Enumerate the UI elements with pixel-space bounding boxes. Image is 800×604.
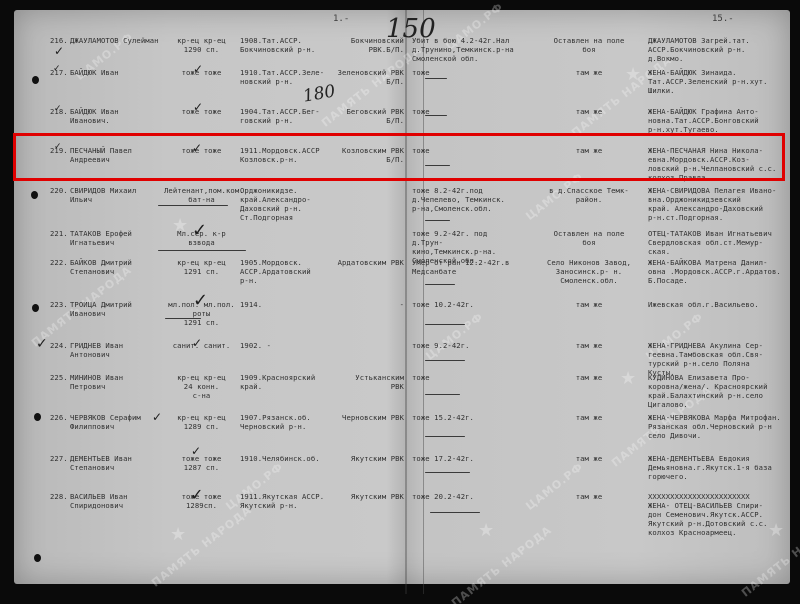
record-kin: ОТЕЦ-ТАТАКОВ Иван Игнатьевич Свердловска… xyxy=(648,229,783,256)
record-birth: 1909.Красноярский край. xyxy=(240,373,330,391)
star-icon: ★ xyxy=(478,520,494,541)
checkmark-icon: ✓ xyxy=(193,290,208,311)
record-kin: КУДИНОВА Елизавета Про- коровна/жена/. К… xyxy=(648,373,783,409)
record-rank: тоже тоже 1287 сп. xyxy=(164,454,239,472)
record-burial: там же xyxy=(544,454,634,463)
record-kin: ЖЕНА-БАЙКОВА Матрена Данил- овна .Мордов… xyxy=(648,258,783,285)
checkmark-icon: ✓ xyxy=(193,100,203,114)
record-rvk: Якутским РВК xyxy=(324,492,404,501)
record-name: СВИРИДОВ Михаил Ильич xyxy=(70,186,170,204)
record-death: тоже 10.2-42г. xyxy=(412,300,522,309)
page-number-left: 1.- xyxy=(333,14,349,24)
record-birth: 1911.Якутская АССР. Якутский р-н. xyxy=(240,492,330,510)
record-name: ВАСИЛЬЕВ Иван Спиридонович xyxy=(70,492,170,510)
record-kin: ЖЕНА-СВИРИДОВА Пелагея Ивано- вна.Орджон… xyxy=(648,186,783,222)
record-birth: 1902. - xyxy=(240,341,330,350)
record-burial: там же xyxy=(544,492,634,501)
checkmark-icon: ✓ xyxy=(193,62,203,76)
record-rank: Лейтенант,пом.ком. бат-на xyxy=(164,186,239,204)
record-death: тоже xyxy=(412,68,522,77)
punch-hole xyxy=(31,191,38,199)
record-burial: там же xyxy=(544,373,634,382)
record-birth: 1914. xyxy=(240,300,330,309)
record-name: ТАТАКОВ Ерофей Игнатьевич xyxy=(70,229,170,247)
record-name: ДЖАУЛАМОТОВ Сулейман xyxy=(70,36,170,45)
checkmark-icon: ✓ xyxy=(36,336,48,352)
record-burial: там же xyxy=(544,341,634,350)
divider xyxy=(425,394,460,395)
record-death: тоже 9.2-42г. xyxy=(412,341,522,350)
record-burial: Оставлен на поле боя xyxy=(544,229,634,247)
record-birth: 1910.Тат.АССР.Зеле- новский р-н. xyxy=(240,68,330,86)
record-rvk: Устьканским РВК xyxy=(324,373,404,391)
record-rvk: Беговский РВК Б/П. xyxy=(324,107,404,125)
checkmark-icon: ✓ xyxy=(192,220,207,241)
record-kin: ЖЕНА-БАЙДЮК Зинаида. Тат.АССР.Зеленский … xyxy=(648,68,783,95)
record-birth: 1907.Рязанск.об. Черновский р-н. xyxy=(240,413,330,431)
record-birth: 1910.Челябинск.об. xyxy=(240,454,330,463)
star-icon: ★ xyxy=(170,524,186,545)
record-death: Умер от ран 12.2-42г.в Медсанбате xyxy=(412,258,522,276)
highlighted-record-box xyxy=(13,133,785,181)
record-name: БАЙДЮК Иван Иванович. xyxy=(70,107,170,125)
record-death: тоже 8.2-42г.под д.Чепелево, Темкинск. р… xyxy=(412,186,522,213)
record-rank: кр-ец кр-ец 24 конн. с-на xyxy=(164,373,239,400)
divider xyxy=(425,360,465,361)
checkmark-icon: ✓ xyxy=(54,44,64,58)
punch-hole xyxy=(32,76,39,84)
checkmark-icon: ✓ xyxy=(53,64,61,74)
divider xyxy=(425,284,455,285)
record-kin: ЖЕНА-ГРИДНЕВА Акулина Сер- геевна.Тамбов… xyxy=(648,341,783,377)
record-rvk: Якутским РВК xyxy=(324,454,404,463)
record-birth: 1908.Тат.АССР. Бокчиновский р-н. xyxy=(240,36,330,54)
divider xyxy=(425,472,470,473)
record-kin: ЖЕНА-ДЕМЕНТЬЕВА Евдокия Демьяновна.г.Яку… xyxy=(648,454,783,481)
punch-hole xyxy=(34,413,41,421)
record-kin: ХХХХХХХХХХХХХХХХХХХХХХХ ЖЕНА- ОТЕЦ-ВАСИЛ… xyxy=(648,492,783,537)
record-rank: кр-ец кр-ец 1291 сп. xyxy=(164,258,239,276)
record-burial: Село Никонов Завод, Заносинск.р- н. Смол… xyxy=(544,258,634,285)
checkmark-icon: ✓ xyxy=(192,336,202,350)
record-kin: ДЖАУЛАМОТОВ Загрей.тат. АССР.Бокчиновски… xyxy=(648,36,783,63)
record-rank: кр-ец кр-ец 1290 сп. xyxy=(164,36,239,54)
record-burial: там же xyxy=(544,68,634,77)
record-burial: там же xyxy=(544,107,634,116)
record-burial: там же xyxy=(544,300,634,309)
record-name: БАЙДЮК Иван xyxy=(70,68,170,77)
record-birth: 1905.Мордовск. АССР.Ардатовский р-н. xyxy=(240,258,330,285)
punch-hole xyxy=(34,554,41,562)
divider xyxy=(425,436,465,437)
page-number-right: 15.- xyxy=(712,14,734,24)
divider xyxy=(165,318,201,319)
checkmark-icon: ✓ xyxy=(191,444,201,458)
record-death: тоже xyxy=(412,373,522,382)
record-rvk: Бокчиновский РВК.Б/П. xyxy=(324,36,404,54)
record-death: тоже 15.2-42г. xyxy=(412,413,522,422)
record-kin: ЖЕНА-БАЙДЮК Графина Анто- новна.Тат.АССР… xyxy=(648,107,783,134)
record-rvk: Зеленовский РВК Б/П. xyxy=(324,68,404,86)
record-rvk: Черновским РВК xyxy=(324,413,404,422)
record-birth: 1904.Тат.АССР.Бег- говский р-н. xyxy=(240,107,330,125)
divider xyxy=(425,220,450,221)
record-kin: Ижевская обл.г.Васильево. xyxy=(648,300,783,309)
record-name: ТРОИЦА Дмитрий Иванович xyxy=(70,300,170,318)
divider xyxy=(430,512,480,513)
record-birth: Орджоникидзе. край.Александро- Даховский… xyxy=(240,186,330,222)
checkmark-icon: ✓ xyxy=(152,410,162,424)
punch-hole xyxy=(32,304,39,312)
record-burial: в д.Спасское Темк- район. xyxy=(544,186,634,204)
checkmark-icon: ✓ xyxy=(54,104,62,114)
record-death: тоже 20.2-42г. xyxy=(412,492,522,501)
page-fold xyxy=(405,10,407,594)
divider xyxy=(425,115,447,116)
record-burial: там же xyxy=(544,413,634,422)
record-rvk: Ардатовским РВК xyxy=(324,258,404,267)
record-name: МИНИНОВ Иван Петрович xyxy=(70,373,170,391)
record-name: ДЕМЕНТЬЕВ Иван Степанович xyxy=(70,454,170,472)
record-rank: кр-ец кр-ец 1289 сп. xyxy=(164,413,239,431)
record-name: БАЙКОВ Дмитрий Степанович xyxy=(70,258,170,276)
record-death: тоже 17.2-42г. xyxy=(412,454,522,463)
record-name: ГРИДНЕВ Иван Антонович xyxy=(70,341,170,359)
record-kin: ЖЕНА-ЧЕРВЯКОВА Марфа Митрофан. Рязанская… xyxy=(648,413,783,440)
record-rvk: - xyxy=(324,300,404,309)
record-death: Убит в бою 4.2-42г.Нал д.Трунино,Темкинс… xyxy=(412,36,522,63)
checkmark-icon: ✓ xyxy=(190,485,203,504)
divider xyxy=(425,78,447,79)
record-burial: Оставлен на поле боя xyxy=(544,36,634,54)
divider xyxy=(158,250,246,251)
divider xyxy=(158,205,228,206)
divider xyxy=(425,324,465,325)
